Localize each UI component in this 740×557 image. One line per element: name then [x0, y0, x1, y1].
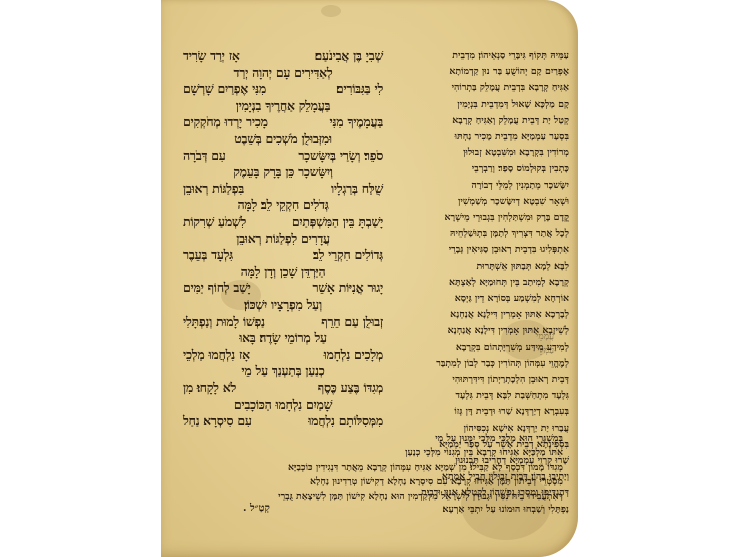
song-line-left: נַפְשׁוֹ לָמוּת וְנַפְתָּלִי: [183, 314, 265, 330]
margin-note-line: עֲמָמֵי: [536, 330, 554, 344]
targum-line: בִּסְעַר עַמְמַיָּא מִדְבֵית מָכִיר נַחְ…: [373, 129, 569, 145]
stain: [321, 5, 341, 17]
targum-line: לְכָל אֲתַר דִּצְרִיךְ לְתַמָּן בִּתְוּש…: [373, 226, 569, 242]
song-line-left: מָכִיר יָרְדוּ מְחֹקְקִים: [183, 114, 268, 130]
song-line-left: עִם סִיסְרָא׃ נַחַל: [183, 413, 252, 429]
song-line-left: עִם דְּבֹרָה: [183, 148, 226, 164]
song-line: וְיִשָּׂשכָר כֵּן בָּרָק בָּעֵמֶק: [233, 164, 332, 180]
bottom-line: בְּמִשְׁגְּרֵי הוּא מַלְכֵּי מִלַּכֵי יִ…: [191, 432, 563, 446]
targum-line: קֳדָם בָּרָק וּמִשְׁתַּלְחִין בִּגְבוּרֵ…: [373, 210, 569, 226]
song-line: גְּדֹלִים חִקְקֵי לֵב׃ לָמָּה: [237, 197, 328, 213]
song-line: בַּעֲמָלֵק אַחֲרֶיךָ בִנְיָמִין: [236, 98, 331, 114]
targum-line: קְרָבָא לְמִיתַב בֵּין תְּחוּמַיָּא לְאַ…: [373, 275, 569, 291]
targum-line: מְרוֹדִין בִּקְרָבָא וּמִשִּׁבְטָא זְבוּ…: [373, 145, 569, 161]
bottom-line: אִתּוֹ מַלְכַּיָּא אַגִּיחוּ קְרָבָא בֵּ…: [191, 446, 563, 460]
bottom-line: מְגִדּוֹ מָמוֹן דִּכְסַף לָא קַבִּילוּ׃ …: [191, 461, 563, 475]
song-line: וּמִזְּבוּלֻן מֹשְׁכִים בְּשֵׁבֶט: [234, 131, 332, 147]
song-line: וְעַל מִפְרָצָיו יִשְׁכּוֹן׃: [244, 297, 322, 313]
targum-line: אוֹרְחָא לְמִשְׁמַע בְּסוֹרָא דֵין גַּיְ…: [373, 291, 569, 307]
targum-line: נַפְתָּלִי וְשַׁבְחוּ הוּמוֹנוּ עַל יִתְ…: [373, 502, 569, 518]
targum-line: אֶפְרַיִם קָם יְהוֹשֻׁעַ בַּר נוּן קַדְמ…: [373, 64, 569, 80]
song-line-left: לִשְׁמֹעַ שְׁרִקוֹת: [183, 214, 246, 230]
song-line-left: בִּפְלַגּוֹת רְאוּבֵן: [183, 181, 244, 197]
song-line-left: אָז יְרַד שָׂרִיד: [183, 48, 240, 64]
targum-line: כָּתְבִין בְּקוּלְמוֹס סָפַר׃ וְרַבְרְבֵ…: [373, 161, 569, 177]
song-line-right: מִמְּסִלּוֹתָם נִלְחֲמוּ: [308, 413, 383, 429]
song-line-left: גִּלְעָד בְּעֵבֶר: [183, 247, 233, 263]
targum-line: בְּעִבְרָא דְיַרְדְּנָא שַׁרוּ וּדְבֵית …: [373, 404, 569, 420]
song-line: לְאַדִּירִים עָם יְהוָה יְרַד: [234, 65, 333, 81]
targum-line: אִתְפְּלִיגוּ בִּדְבֵית רְאוּבֵן סַגִּיא…: [373, 242, 569, 258]
song-line: עֲדָרִים לִפְלַגּוֹת רְאוּבֵן: [236, 231, 330, 247]
song-line-right: יָשַׁבְתָּ בֵּין הַמִּשְׁפְּתַיִם: [292, 214, 383, 230]
targum-line: לְבָרְכָא אַתּוּן אָמְרִין דִּילָנָא אֲנ…: [373, 307, 569, 323]
song-line-left: אָז נִלְחֲמוּ מַלְכֵי: [183, 347, 250, 363]
targum-line: דְּבֵית רְאוּבֵן הִלְכָתְרַיְתוֹן דִּידִ…: [373, 372, 569, 388]
margin-note-line: עַמְלֵי: [536, 344, 554, 358]
margin-note: עֲמָמֵי עַמְלֵי: [536, 330, 554, 358]
song-line: שָׁמַיִם נִלְחָמוּ הַכּוֹכָבִים: [234, 397, 332, 413]
targum-line: גִּלְעָד מִתְחַשְּׁבַת לִבָּא׃ דְּבֵית ג…: [373, 388, 569, 404]
targum-line: לִבָּא׃ לְמָא תְּבַתּוּן אֵשְׁתָּרוּת: [373, 259, 569, 275]
targum-line: אַגִּיחַ קְרָבָא בִּדְבֵית עֲמָלֵק בַּתְ…: [373, 80, 569, 96]
song-line-left: לֹא לָקָחוּ׃ מִן: [183, 380, 236, 396]
targum-line: יִשָּׂשכָר מְתַמְנִין לְמֵלֵּי דְבוֹרָה: [373, 178, 569, 194]
targum-line: וּשְׁאָר שִׁבְטָא דְיִשָּׂשכָר מְשַׁמְשִ…: [373, 194, 569, 210]
song-line: כְנַעַן בְּתַעְנַךְ עַל מֵי: [241, 363, 324, 379]
targum-line: לְמֶהֱוֵי עִמְּהוֹן תְּהוֹרִין כְּבַר לְ…: [373, 356, 569, 372]
song-line-left: יָשַׁב לְחוֹף יַמִּים: [183, 280, 251, 296]
targum-line: קָם מַלְכָּא שָׁאוּל דְּמִדְבֵית בִּנְיָ…: [373, 97, 569, 113]
bottom-line: מִסְטְרֵי דְבֵיתוֹן תַּמָּן אַגִּיחוּ קְ…: [191, 475, 563, 489]
song-line: הַיַּרְדֵּן שָׁכֵן וְדָן לָמָּה: [241, 264, 326, 280]
song-line-right: סֹפֵר׃ וְשָׂרַי בְּיִשָּׂשכָר: [298, 148, 383, 164]
targum-line: עַמֵּיהּ תְּקוֹף גִּיבָּרֵי סַנְאֵיהוֹן׃…: [373, 48, 569, 64]
bottom-commentary: בְּמִשְׁגְּרֵי הוּא מַלְכֵּי מִלַּכֵי יִ…: [191, 432, 563, 504]
colophon: קְטַ״ל .: [243, 503, 270, 514]
manuscript-page: שְׁבִיָ בֶּן אֲבִינֹעַם׃אָז יְרַד שָׂרִי…: [161, 0, 578, 557]
song-line: עַל מְרוֹמֵי שָׂדֶה׃ בָּאוּ: [239, 330, 327, 346]
song-line-left: מִנִּי אֶפְרַיִם שָׁרְשָׁם: [183, 81, 266, 97]
bottom-line: דְּאִתְעֲבִידוּ בֵיהּ נִסִּין וּגְבוּרָן…: [191, 490, 563, 504]
targum-line: קְטַל יַת דְּבֵית עֲמָלֵק וְאַגִּיחַ קְר…: [373, 113, 569, 129]
